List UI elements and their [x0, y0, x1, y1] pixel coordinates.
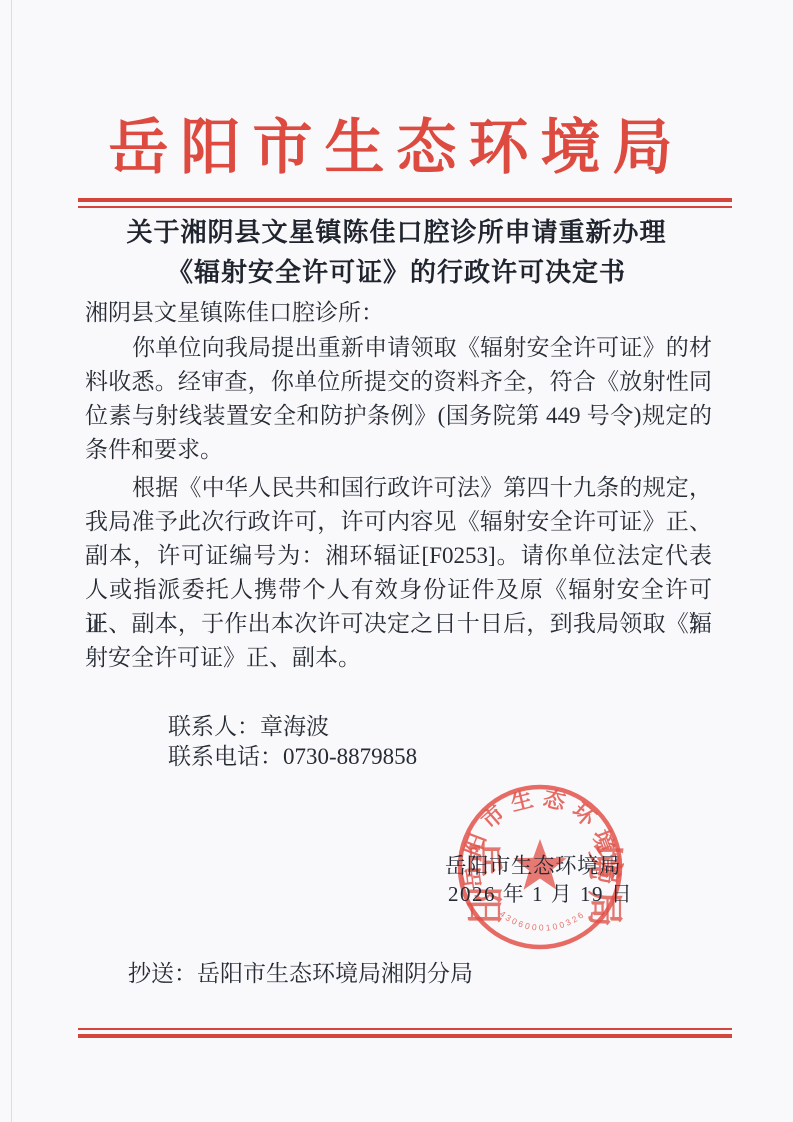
seal-code-holder: 4306000100326 — [498, 908, 587, 932]
body-line: 你单位向我局提出重新申请领取《辐射安全许可证》的材 — [85, 331, 712, 365]
body-line: 位素与射线装置安全和防护条例》(国务院第 449 号令)规定的 — [85, 399, 712, 433]
document-page: 岳阳市生态环境局 关于湘阴县文星镇陈佳口腔诊所申请重新办理 《辐射安全许可证》的… — [0, 0, 793, 1122]
paragraph-1: 你单位向我局提出重新申请领取《辐射安全许可证》的材 料收悉。经审查，你单位所提交… — [85, 331, 712, 467]
body-line: 射安全许可证》正、副本。 — [85, 641, 712, 675]
signature-agency: 岳阳市生态环境局 — [445, 853, 621, 879]
document-title-line2: 《辐射安全许可证》的行政许可决定书 — [0, 257, 793, 289]
contact-phone: 联系电话：0730-8879858 — [168, 742, 417, 772]
rule-thick-bar — [78, 198, 732, 202]
contact-block: 联系人：章海波 联系电话：0730-8879858 — [168, 712, 417, 772]
rule-thin-bar — [78, 206, 732, 208]
header-double-rule — [78, 198, 732, 208]
body-line: 根据《中华人民共和国行政许可法》第四十九条的规定， — [85, 471, 712, 505]
signature-date: 2026 年 1 月 19 日 — [448, 881, 633, 907]
rule-thick-bar — [78, 1034, 732, 1038]
salutation: 湘阴县文星镇陈佳口腔诊所： — [85, 297, 384, 329]
body-line: 人或指派委托人携带个人有效身份证件及原《辐射安全许可证》 — [85, 573, 712, 607]
body-line: 副本，许可证编号为：湘环辐证[F0253]。请你单位法定代表 — [85, 539, 712, 573]
rule-thin-bar — [78, 1028, 732, 1030]
agency-header-title: 岳阳市生态环境局 — [0, 110, 793, 186]
document-title-line1: 关于湘阴县文星镇陈佳口腔诊所申请重新办理 — [0, 217, 793, 249]
contact-person: 联系人：章海波 — [168, 712, 417, 742]
body-line: 料收悉。经审查，你单位所提交的资料齐全，符合《放射性同 — [85, 365, 712, 399]
cc-line: 抄送：岳阳市生态环境局湘阴分局 — [128, 958, 473, 990]
footer-double-rule — [78, 1028, 732, 1038]
paragraph-2: 根据《中华人民共和国行政许可法》第四十九条的规定， 我局准予此次行政许可，许可内… — [85, 471, 712, 675]
body-line: 正、副本，于作出本次许可决定之日十日后，到我局领取《辐 — [85, 607, 712, 641]
body-line: 我局准予此次行政许可，许可内容见《辐射安全许可证》正、 — [85, 505, 712, 539]
body-line: 条件和要求。 — [85, 433, 712, 467]
seal-code: 4306000100326 — [498, 908, 587, 932]
